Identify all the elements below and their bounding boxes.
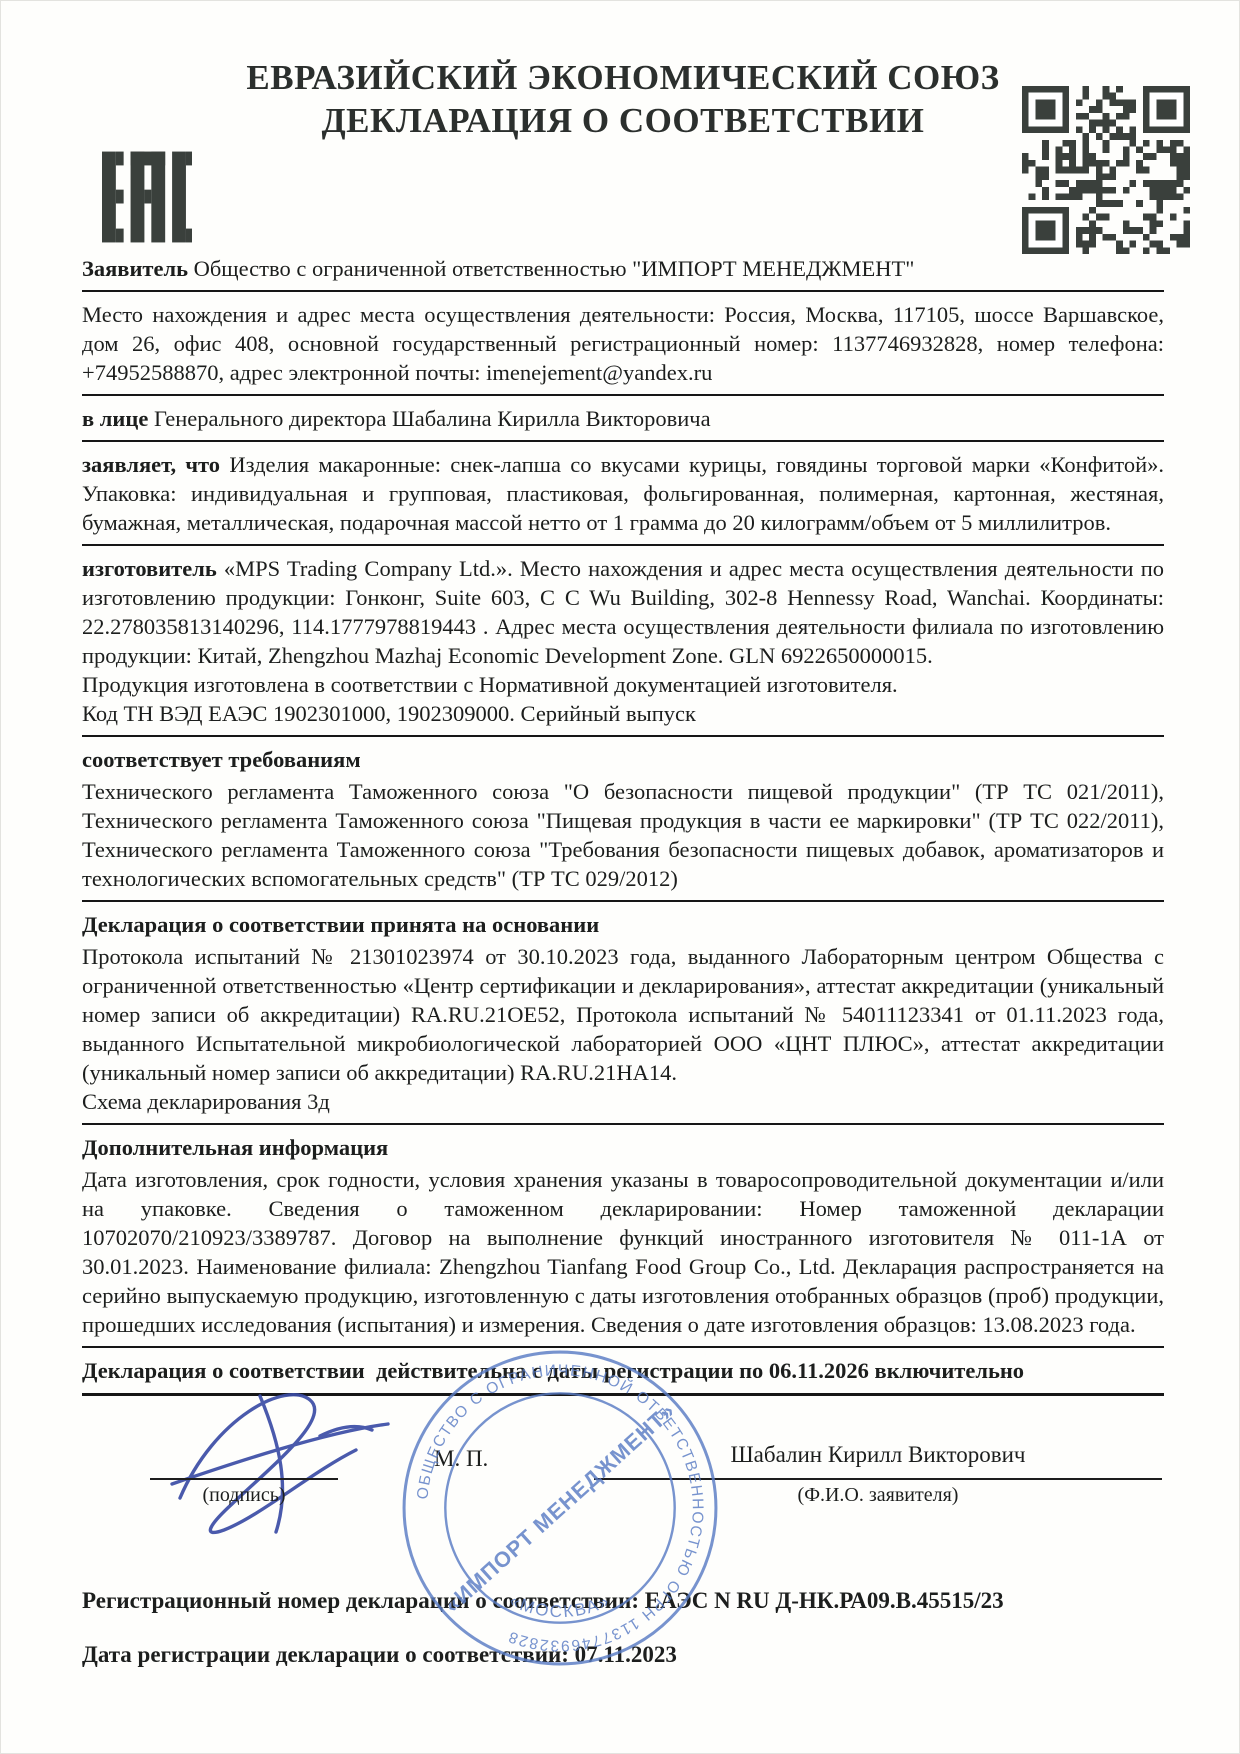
basis-heading: Декларация о соответствии принята на осн… bbox=[82, 910, 1164, 940]
manufacturer-text: «MPS Trading Company Ltd.». Место нахожд… bbox=[82, 556, 1164, 668]
company-stamp: ОБЩЕСТВО С ОГРАНИЧЕННОЙ ОТВЕТСТВЕННОСТЬЮ… bbox=[394, 1342, 726, 1679]
section-declares: заявляет, что Изделия макаронные: снек-л… bbox=[82, 448, 1164, 546]
section-manufacturer: изготовитель «MPS Trading Company Ltd.».… bbox=[82, 552, 1164, 737]
role-label: в лице bbox=[82, 406, 148, 431]
declaration-scheme: Схема декларирования 3д bbox=[82, 1087, 1164, 1116]
section-address: Место нахождения и адрес места осуществл… bbox=[82, 298, 1164, 396]
applicant-label: Заявитель bbox=[82, 256, 188, 281]
applicant-address: Место нахождения и адрес места осуществл… bbox=[82, 300, 1164, 387]
title-line-2: ДЕКЛАРАЦИЯ О СООТВЕТСТВИИ bbox=[82, 99, 1164, 142]
declaration-document: ЕВРАЗИЙСКИЙ ЭКОНОМИЧЕСКИЙ СОЮЗ ДЕКЛАРАЦИ… bbox=[0, 0, 1240, 1754]
tnved-code-line: Код ТН ВЭД ЕАЭС 1902301000, 1902309000. … bbox=[82, 699, 1164, 728]
declares-label: заявляет, что bbox=[82, 452, 220, 477]
basis-text: Протокола испытаний № 21301023974 от 30.… bbox=[82, 942, 1164, 1087]
eac-mark-icon bbox=[102, 144, 192, 255]
additional-heading: Дополнительная информация bbox=[82, 1133, 1164, 1163]
manufacturer-label: изготовитель bbox=[82, 556, 217, 581]
qr-code-icon bbox=[1022, 86, 1190, 259]
title-line-1: ЕВРАЗИЙСКИЙ ЭКОНОМИЧЕСКИЙ СОЮЗ bbox=[82, 56, 1164, 99]
role-text: Генерального директора Шабалина Кирилла … bbox=[154, 406, 711, 431]
signature-line bbox=[150, 1478, 338, 1480]
compliance-text: Технического регламента Таможенного союз… bbox=[82, 777, 1164, 893]
document-header: ЕВРАЗИЙСКИЙ ЭКОНОМИЧЕСКИЙ СОЮЗ ДЕКЛАРАЦИ… bbox=[82, 0, 1164, 252]
product-description: Изделия макаронные: снек-лапша со вкусам… bbox=[82, 452, 1164, 535]
document-title: ЕВРАЗИЙСКИЙ ЭКОНОМИЧЕСКИЙ СОЮЗ ДЕКЛАРАЦИ… bbox=[82, 0, 1164, 142]
section-basis: Декларация о соответствии принята на осн… bbox=[82, 908, 1164, 1125]
section-compliance: соответствует требованиям Технического р… bbox=[82, 743, 1164, 902]
applicant-name: Общество с ограниченной ответственностью… bbox=[194, 256, 915, 281]
additional-text: Дата изготовления, срок годности, услови… bbox=[82, 1165, 1164, 1339]
signature-area: (подпись) М. П. Шабалин Кирилл Викторови… bbox=[82, 1404, 1164, 1562]
signature-caption: (подпись) bbox=[150, 1484, 338, 1507]
manufacturer-note: Продукция изготовлена в соответствии с Н… bbox=[82, 670, 1164, 699]
section-role: в лице Генерального директора Шабалина К… bbox=[82, 402, 1164, 442]
compliance-heading: соответствует требованиям bbox=[82, 745, 1164, 775]
section-additional: Дополнительная информация Дата изготовле… bbox=[82, 1131, 1164, 1348]
section-applicant: Заявитель Общество с ограниченной ответс… bbox=[82, 252, 1164, 292]
